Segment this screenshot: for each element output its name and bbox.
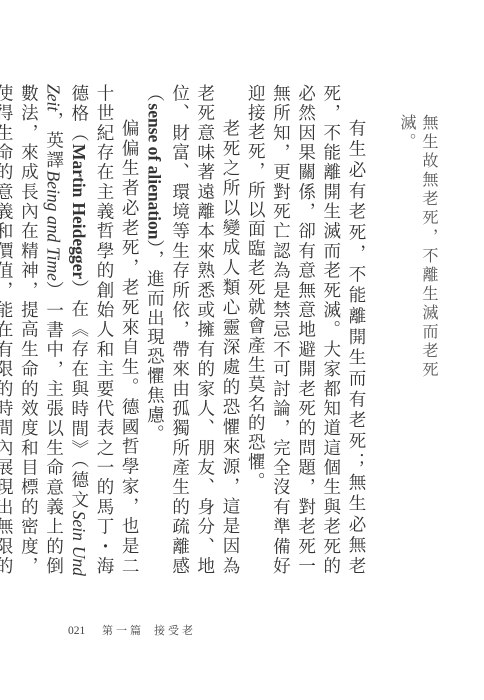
- epigraph: 無生故無老死，不離生滅而老死滅。: [396, 114, 440, 414]
- english-term-alienation: sense of alienation: [144, 103, 164, 239]
- paragraph-2-text-b: ），進而出現恐懼焦慮。: [144, 240, 164, 445]
- chapter-title: 接受老: [154, 622, 196, 638]
- body-text: 有生必有老死，不能離開生而有老死；無生必無老死，不能離開生滅而老死滅。大家都知道…: [66, 84, 368, 576]
- book-page: 無生故無老死，不離生滅而老死滅。 有生必有老死，不能離開生而有老死；無生必無老死…: [0, 0, 484, 700]
- paragraph-3: 偏偏生者必老死，老死來自生。德國哲學家，也是二十世紀存在主義哲學的創始人和主要代…: [0, 84, 141, 576]
- page-number: 021: [68, 625, 102, 637]
- paragraph-3-text-c: ，英譯: [44, 111, 64, 170]
- part-title: 第一篇: [102, 622, 154, 638]
- paragraph-1-text: 有生必有老死，不能離開生而有老死；無生必無老死，不能離開生滅而老死滅。大家都知道…: [245, 84, 366, 576]
- english-title: Being and Time: [44, 171, 64, 281]
- english-name-heidegger: Martin Heidegger: [69, 144, 89, 279]
- paragraph-3-text-b: ）在《存在與時間》（德文: [69, 279, 89, 511]
- paragraph-2: 老死之所以變成人類心靈深處的恐懼來源，這是因為老死意味著遠離本來熟悉或擁有的家人…: [141, 84, 242, 576]
- paragraph-1: 有生必有老死，不能離開生而有老死；無生必無老死，不能離開生滅而老死滅。大家都知道…: [242, 84, 368, 576]
- page-footer: 021 第一篇 接受老: [68, 622, 196, 638]
